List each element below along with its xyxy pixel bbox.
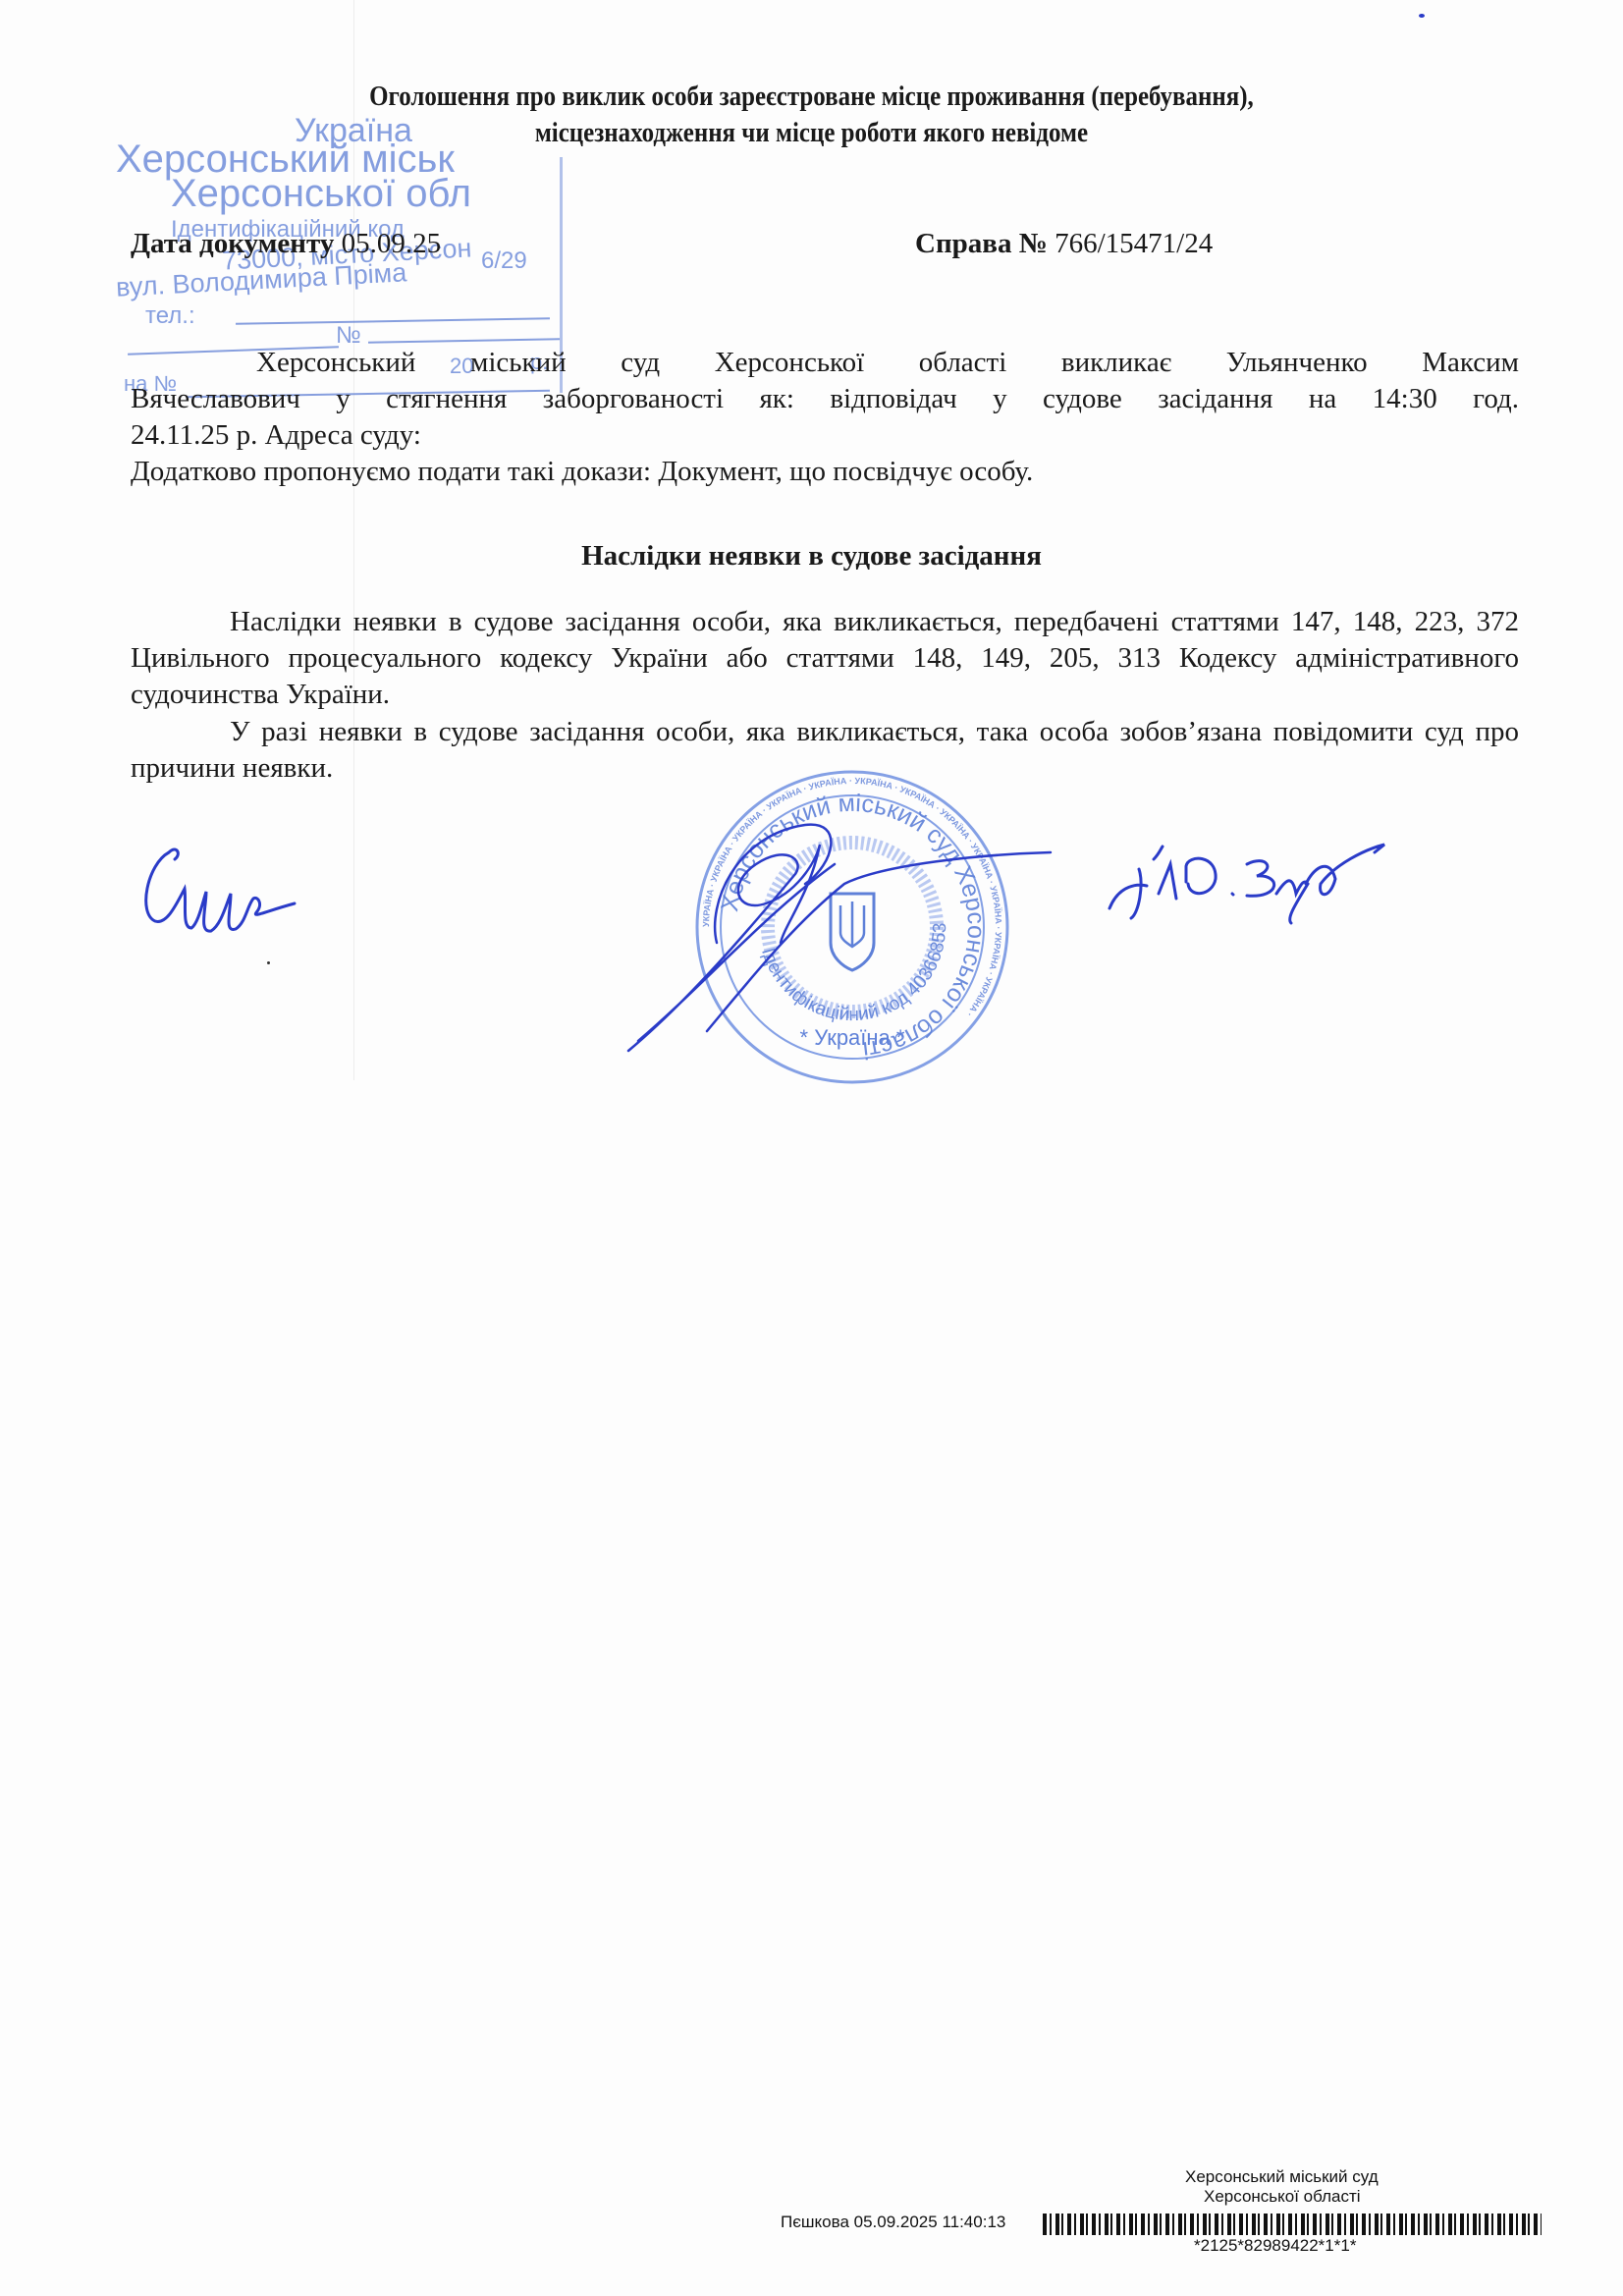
ink-dot <box>267 961 270 964</box>
svg-text:УКРАЇНА · УКРАЇНА · УКРАЇНА ·: УКРАЇНА · УКРАЇНА · УКРАЇНА · УКРАЇНА · … <box>701 776 1003 1018</box>
seal-bottom-text: * Україна * <box>800 1025 905 1050</box>
document-date: Дата документу 05.09.25 <box>131 228 441 260</box>
judge-signature-over-seal <box>609 805 1060 1061</box>
consequences-heading: Наслідки неявки в судове засідання <box>0 540 1623 573</box>
footer-court-name-line1: Херсонський міський суд <box>1185 2167 1379 2187</box>
document-barcode <box>1043 2214 1542 2235</box>
seal-outer-text: УКРАЇНА · УКРАЇНА · УКРАЇНА · УКРАЇНА · … <box>701 776 1003 1018</box>
case-value: 766/15471/24 <box>1048 228 1213 259</box>
summons-line: Додатково пропонуємо подати такі докази:… <box>131 454 1519 490</box>
stamp-text: вул. Володимира Пріма <box>115 257 407 302</box>
case-number: Справа № 766/15471/24 <box>915 228 1213 260</box>
summons-line: Херсонський міський суд Херсонської обла… <box>131 345 1519 381</box>
svg-text:Ідентифікаційний код 40366853: Ідентифікаційний код 40366853 <box>757 923 950 1026</box>
date-value: 05.09.25 <box>334 228 441 259</box>
stamp-tel-label: тел.: <box>145 302 195 330</box>
consequences-paragraph-2: У разі неявки в судове засідання особи, … <box>131 714 1519 787</box>
court-seal: УКРАЇНА · УКРАЇНА · УКРАЇНА · УКРАЇНА · … <box>693 768 1011 1086</box>
trident-shield-icon <box>831 894 874 970</box>
summons-paragraph: Херсонський міський суд Херсонської обла… <box>131 345 1519 490</box>
ink-mark <box>1419 14 1425 18</box>
consequences-paragraph-1: Наслідки неявки в судове засідання особи… <box>131 604 1519 713</box>
clerk-timestamp: Пєшкова 05.09.2025 11:40:13 <box>781 2213 1005 2232</box>
document-title-line1: Оголошення про виклик особи зареєстрован… <box>114 79 1510 115</box>
stamp-text: 6/29 <box>481 247 527 275</box>
svg-text:Херсонський міський суд Херсон: Херсонський міський суд Херсонської обла… <box>716 790 990 1065</box>
stamp-text: Херсонської обл <box>171 172 471 216</box>
seal-ring-text: Херсонський міський суд Херсонської обла… <box>716 790 990 1065</box>
seal-id-text: Ідентифікаційний код 40366853 <box>757 923 950 1026</box>
judge-signature-right <box>1100 825 1394 933</box>
barcode-text: *2125*82989422*1*1* <box>1194 2236 1356 2256</box>
case-label: Справа № <box>915 228 1048 259</box>
summons-line: 24.11.25 р. Адреса суду: <box>131 417 1519 454</box>
document-title-line2: місцезнаходження чи місце роботи якого н… <box>114 115 1510 151</box>
footer-court-name-line2: Херсонської області <box>1204 2187 1361 2207</box>
summons-line: Вячеславович у стягнення заборгованості … <box>131 381 1519 417</box>
judge-signature-left <box>137 835 334 943</box>
date-label: Дата документу <box>131 228 334 259</box>
